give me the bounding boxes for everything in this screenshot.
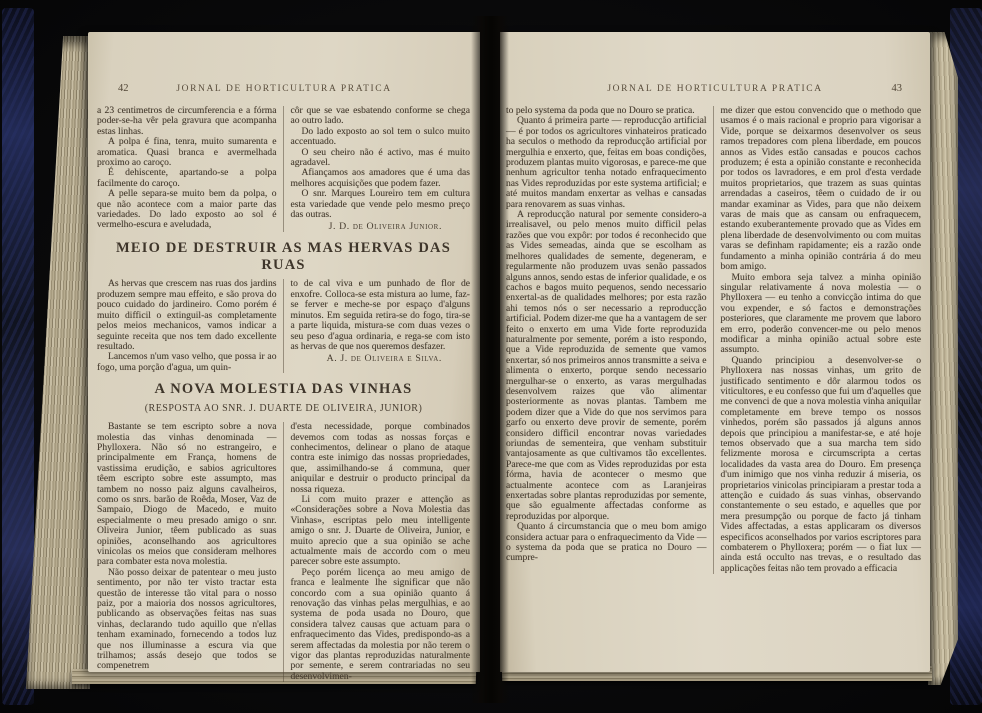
page-number-right: 43 <box>892 83 903 94</box>
book-gutter <box>471 16 509 703</box>
paragraph: A reproducção natural por semente consid… <box>506 210 707 522</box>
paragraph: Bastante se tem escripto sobre a nova mo… <box>97 422 277 568</box>
paragraph: d'esta necessidade, porque combinados de… <box>291 422 471 495</box>
book-cover-left <box>2 8 34 705</box>
paragraph: me dizer que estou convencido que o meth… <box>721 106 922 273</box>
page-number-left: 42 <box>118 83 129 94</box>
paragraph: Quanto á circumstancia que o meu bom ami… <box>506 522 707 564</box>
article-continuation-columns: a 23 centimetros de circumferencia e a f… <box>97 106 470 232</box>
page-edges-right <box>928 32 958 685</box>
column-1: Bastante se tem escripto sobre a nova mo… <box>97 422 283 682</box>
paragraph: O seu cheiro não é activo, mas é muito a… <box>291 148 471 169</box>
paragraph: Afiançamos aos amadores que é uma das me… <box>291 168 471 189</box>
paragraph: Li com muito prazer e attenção as «Consi… <box>291 495 471 568</box>
article-subtitle-vine-disease: (RESPOSTA AO SNR. J. DUARTE DE OLIVEIRA,… <box>97 403 470 414</box>
paragraph: A pelle separa-se muito bem da polpa, o … <box>97 189 277 231</box>
article-vine-disease-columns: Bastante se tem escripto sobre a nova mo… <box>97 422 470 682</box>
running-title-right: JORNAL DE HORTICULTURA PRATICA <box>607 84 822 94</box>
column-2: d'esta necessidade, porque combinados de… <box>283 422 471 682</box>
paragraph: Quanto á primeira parte — reproducção ar… <box>506 116 707 210</box>
paragraph: Quando principiou a desenvolver-se o Phy… <box>721 356 922 575</box>
left-page-header: 42 JORNAL DE HORTICULTURA PRATICA <box>88 84 480 97</box>
article-signature: A. J. de Oliveira e Silva. <box>291 353 471 364</box>
column-1: a 23 centimetros de circumferencia e a f… <box>97 106 283 232</box>
right-page-content: to pelo systema da poda que no Douro se … <box>500 106 930 574</box>
left-page: 42 JORNAL DE HORTICULTURA PRATICA a 23 c… <box>88 32 480 672</box>
paragraph: As hervas que crescem nas ruas dos jardi… <box>97 279 277 352</box>
column-2-text: to de cal viva e um punhado de flor de e… <box>291 279 471 352</box>
paragraph: Peço porém licença ao meu amigo de franc… <box>291 568 471 682</box>
right-page-header: JORNAL DE HORTICULTURA PRATICA 43 <box>500 84 930 97</box>
column-2: côr que se vae esbatendo conforme se che… <box>283 106 471 232</box>
paragraph: côr que se vae esbatendo conforme se che… <box>291 106 471 127</box>
left-page-content: a 23 centimetros de circumferencia e a f… <box>88 106 480 682</box>
paragraph: É dehiscente, apartando-se a polpa facil… <box>97 168 277 189</box>
book-photo: 42 JORNAL DE HORTICULTURA PRATICA a 23 c… <box>0 0 982 713</box>
article-title-vine-disease: A NOVA MOLESTIA DAS VINHAS <box>97 381 470 398</box>
column-2: to de cal viva e um punhado de flor de e… <box>283 279 471 373</box>
page-edges-left <box>26 36 90 689</box>
column-2-text: côr que se vae esbatendo conforme se che… <box>291 106 471 220</box>
paragraph: to de cal viva e um punhado de flor de e… <box>291 279 471 352</box>
article-title-weeds: MEIO DE DESTRUIR AS MAS HERVAS DAS RUAS <box>97 240 470 274</box>
running-title-left: JORNAL DE HORTICULTURA PRATICA <box>176 84 391 94</box>
paragraph: Não posso deixar de patentear o meu just… <box>97 568 277 672</box>
paragraph: A polpa é fina, tenra, muito sumarenta e… <box>97 137 277 168</box>
paragraph: Do lado exposto ao sol tem o sulco muito… <box>291 127 471 148</box>
right-page: JORNAL DE HORTICULTURA PRATICA 43 to pel… <box>500 32 930 672</box>
paragraph: O snr. Marques Loureiro tem em cultura e… <box>291 189 471 220</box>
paragraph: Lancemos n'um vaso velho, que possa ir a… <box>97 352 277 373</box>
article-weeds-columns: As hervas que crescem nas ruas dos jardi… <box>97 279 470 373</box>
column-2: me dizer que estou convencido que o meth… <box>713 106 922 574</box>
paragraph: a 23 centimetros de circumferencia e a f… <box>97 106 277 137</box>
column-1: As hervas que crescem nas ruas dos jardi… <box>97 279 283 373</box>
column-1: to pelo systema da poda que no Douro se … <box>506 106 713 574</box>
paragraph: Muito embora seja talvez a minha opinião… <box>721 273 922 356</box>
article-vine-disease-columns-continued: to pelo systema da poda que no Douro se … <box>506 106 921 574</box>
article-signature: J. D. de Oliveira Junior. <box>291 221 471 232</box>
